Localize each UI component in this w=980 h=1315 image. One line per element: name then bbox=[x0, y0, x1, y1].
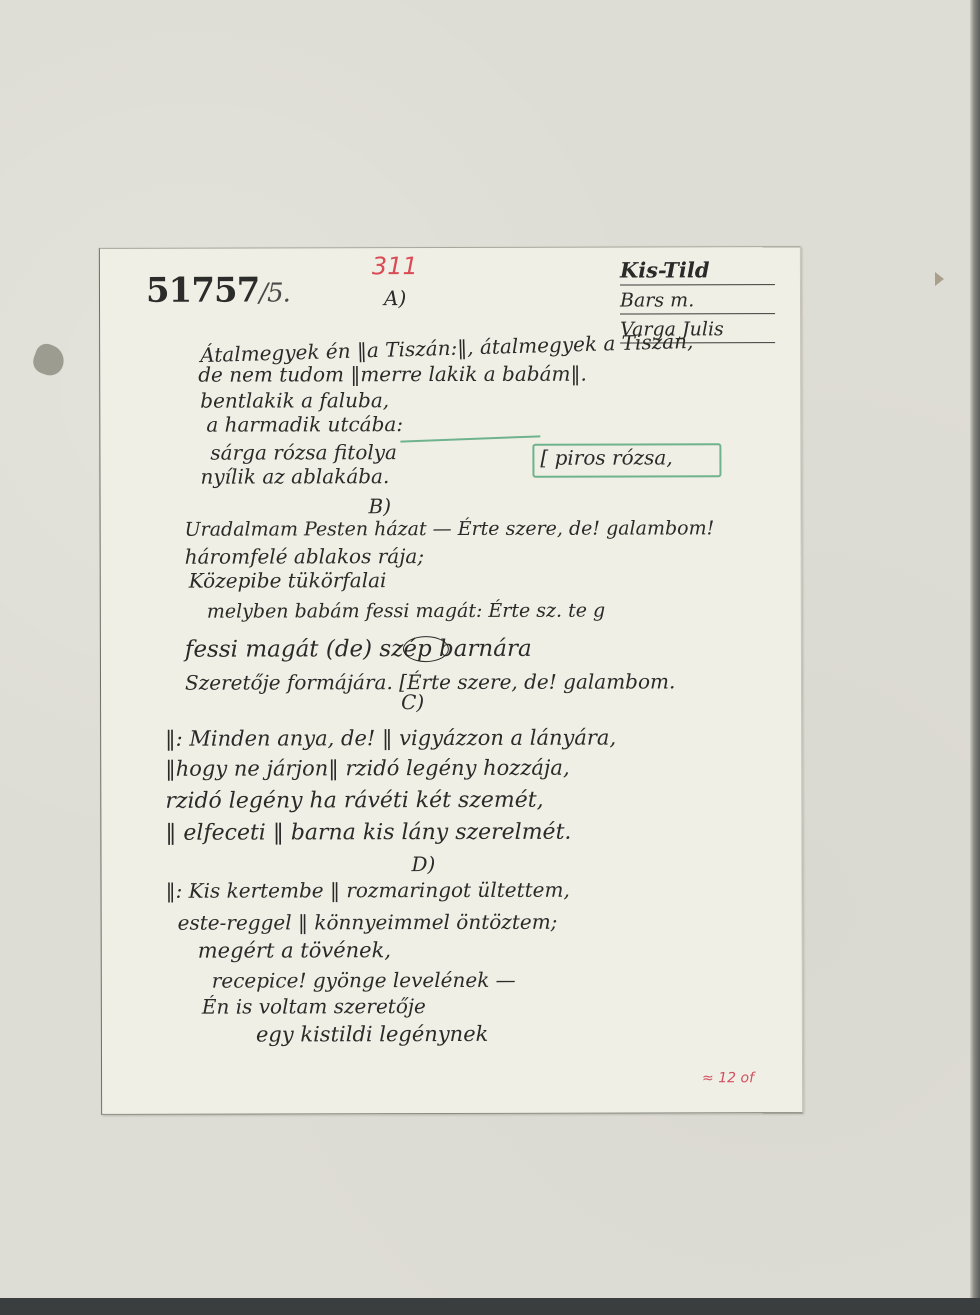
verse-line: este-reggel ‖ könnyeimmel öntöztem; bbox=[178, 910, 558, 935]
verse-line: Uradalmam Pesten házat — Érte szere, de!… bbox=[185, 517, 715, 540]
village-name: Kis-Tild bbox=[620, 257, 775, 285]
verse-line: ‖hogy ne járjon‖ rzidó legény hozzája, bbox=[165, 756, 569, 781]
verse-line: rzidó legény ha rávéti két szemét, bbox=[165, 788, 543, 814]
county-name: Bars m. bbox=[620, 289, 775, 314]
verse-line: Én is voltam szeretője bbox=[202, 994, 426, 1019]
section-label-a: A) bbox=[384, 286, 406, 310]
verse-line: nyílik az ablakába. bbox=[200, 464, 389, 488]
verse-line: megért a tövének, bbox=[198, 938, 391, 963]
circled-word-marker bbox=[403, 636, 449, 662]
green-correction-text: [ piros rózsa, bbox=[540, 445, 672, 469]
verse-line: sárga rózsa fitolya bbox=[210, 440, 397, 464]
verse-line: fessi magát (de) szép barnára bbox=[185, 636, 532, 663]
manuscript-card: 51757/5. 311 Kis-Tild Bars m. Varga Juli… bbox=[99, 246, 803, 1115]
verse-line: de nem tudom ‖merre lakik a babám‖. bbox=[198, 362, 587, 387]
verse-line: bentlakik a faluba, bbox=[200, 388, 389, 412]
verse-line: ‖: Minden anya, de! ‖ vigyázzon a lányár… bbox=[165, 726, 616, 751]
section-label-b: B) bbox=[369, 494, 392, 518]
stamp-number: 51757 bbox=[146, 271, 259, 311]
scanner-edge-bottom bbox=[0, 1298, 980, 1315]
verse-line: melyben babám fessi magát: Érte sz. te g bbox=[207, 600, 605, 623]
verse-line: egy kistildi legénynek bbox=[256, 1022, 488, 1047]
green-correction-stroke bbox=[400, 435, 540, 442]
section-label-d: D) bbox=[411, 852, 435, 876]
archive-stamp-number: 51757/5. bbox=[146, 270, 290, 310]
verse-line: recepice! gyönge levelének — bbox=[212, 968, 516, 993]
section-label-c: C) bbox=[401, 690, 424, 714]
verse-line: Közepibe tükörfalai bbox=[189, 568, 387, 593]
verse-line: a harmadik utcába: bbox=[206, 412, 403, 437]
scanner-edge-right bbox=[970, 0, 980, 1315]
verse-line: Szeretője formájára. [Érte szere, de! ga… bbox=[185, 669, 675, 694]
stamp-suffix: /5. bbox=[259, 278, 290, 308]
corner-pencil-note: ≈ 12 of bbox=[702, 1070, 754, 1086]
verse-line: háromfelé ablakos rája; bbox=[185, 544, 424, 569]
verse-line: ‖: Kis kertembe ‖ rozmaringot ültettem, bbox=[166, 878, 570, 903]
red-page-number: 311 bbox=[372, 252, 418, 280]
verse-line: ‖ elfeceti ‖ barna kis lány szerelmét. bbox=[165, 820, 571, 846]
